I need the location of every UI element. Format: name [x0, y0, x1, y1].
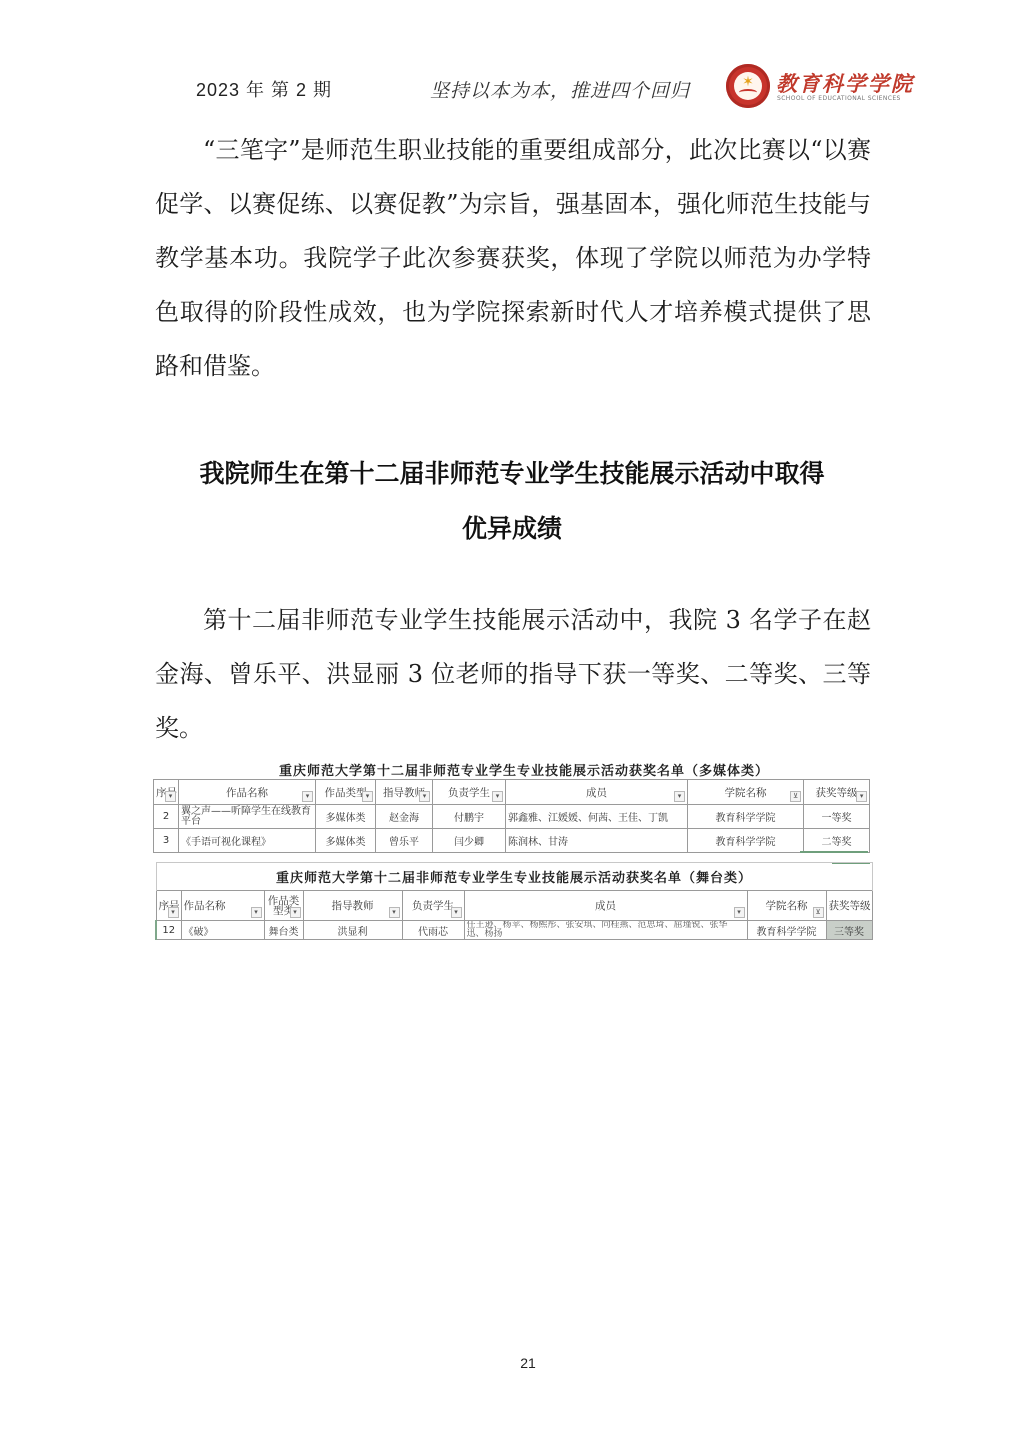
table-row: 12 《破》 舞台类 洪显利 代雨芯 任王逊、杨苹、杨熙彤、张安琪、向桂燕、范思… — [156, 921, 872, 940]
cell-advisor: 赵金海 — [376, 805, 433, 829]
cell-advisor: 洪显利 — [303, 921, 402, 940]
cell-work: 《破》 — [181, 921, 264, 940]
table-caption: 重庆师范大学第十二届非师范专业学生专业技能展示活动获奖名单（舞台类） — [156, 863, 872, 891]
article-title-line2: 优异成绩 — [150, 501, 874, 556]
filter-dropdown-icon[interactable]: ▾ — [856, 791, 867, 802]
filter-dropdown-icon[interactable]: ▾ — [734, 907, 745, 918]
article-title-line1: 我院师生在第十二届非师范专业学生技能展示活动中取得 — [150, 446, 874, 501]
awards-table-stage: 重庆师范大学第十二届非师范专业学生专业技能展示活动获奖名单（舞台类） 序号▾ 作… — [155, 862, 873, 940]
cell-no: 2 — [154, 805, 179, 829]
logo-name-cn: 教育科学学院 — [776, 68, 914, 98]
cell-work: 翼之声——听障学生在线教育平台 — [179, 805, 316, 829]
filter-dropdown-icon[interactable]: ▾ — [419, 791, 430, 802]
col-header-leader[interactable]: 负责学生▾ — [433, 780, 506, 805]
table-row: 3 《手语可视化课程》 多媒体类 曾乐平 闫少卿 陈润林、甘涛 教育科学学院 二… — [154, 829, 870, 853]
col-header-advisor[interactable]: 指导教师▾ — [303, 891, 402, 921]
cell-leader: 付鹏宇 — [433, 805, 506, 829]
table-row: 2 翼之声——听障学生在线教育平台 多媒体类 赵金海 付鹏宇 郭鑫雅、江媛媛、何… — [154, 805, 870, 829]
article-title: 我院师生在第十二届非师范专业学生技能展示活动中取得 优异成绩 — [150, 446, 874, 556]
cell-members: 陈润林、甘涛 — [506, 829, 688, 853]
col-header-award[interactable]: 获奖等级▾ — [804, 780, 870, 805]
col-header-members[interactable]: 成员▾ — [506, 780, 688, 805]
col-header-advisor[interactable]: 指导教师▾ — [376, 780, 433, 805]
cell-type: 多媒体类 — [316, 805, 376, 829]
cell-type: 多媒体类 — [316, 829, 376, 853]
filter-dropdown-icon[interactable]: ▾ — [251, 907, 262, 918]
selection-border — [800, 851, 868, 853]
table-caption: 重庆师范大学第十二届非师范专业学生专业技能展示活动获奖名单（多媒体类） — [179, 760, 870, 780]
cell-advisor: 曾乐平 — [376, 829, 433, 853]
filter-dropdown-icon[interactable]: ▾ — [165, 791, 176, 802]
filter-dropdown-icon[interactable]: ▾ — [674, 791, 685, 802]
col-header-no[interactable]: 序号▾ — [154, 780, 179, 805]
paragraph-awards: 第十二届非师范专业学生技能展示活动中，我院 3 名学子在赵金海、曾乐平、洪显丽 … — [155, 593, 871, 755]
cell-members: 郭鑫雅、江媛媛、何茜、王佳、丁凯 — [506, 805, 688, 829]
logo-name-en: SCHOOL OF EDUCATIONAL SCIENCES — [777, 95, 901, 102]
table-header-row: 序号▾ 作品名称▾ 作品类型▾ 指导教师▾ 负责学生▾ 成员▾ 学院名称⊻ 获奖… — [154, 780, 870, 805]
col-header-award[interactable]: 获奖等级 — [826, 891, 872, 921]
slogan: 坚持以本为本，推进四个回归 — [430, 76, 690, 103]
issue-label: 2023 年 第 2 期 — [196, 76, 332, 102]
cell-college: 教育科学学院 — [688, 829, 804, 853]
college-seal-icon: ✶ — [726, 64, 770, 108]
filter-active-icon[interactable]: ⊻ — [813, 907, 824, 918]
filter-dropdown-icon[interactable]: ▾ — [451, 907, 462, 918]
col-header-leader[interactable]: 负责学生▾ — [402, 891, 464, 921]
filter-dropdown-icon[interactable]: ▾ — [168, 907, 179, 918]
cell-college: 教育科学学院 — [688, 805, 804, 829]
filter-active-icon[interactable]: ⊻ — [790, 791, 801, 802]
cell-work: 《手语可视化课程》 — [179, 829, 316, 853]
filter-dropdown-icon[interactable]: ▾ — [362, 791, 373, 802]
filter-dropdown-icon[interactable]: ▾ — [389, 907, 400, 918]
cell-award-selected[interactable]: 三等奖 — [826, 921, 872, 940]
cell-college: 教育科学学院 — [747, 921, 826, 940]
cell-leader: 闫少卿 — [433, 829, 506, 853]
table-header-row: 序号▾ 作品名称▾ 作品类型类▾ 指导教师▾ 负责学生▾ 成员▾ 学院名称⊻ 获… — [156, 891, 872, 921]
filter-dropdown-icon[interactable]: ▾ — [290, 907, 301, 918]
col-header-work[interactable]: 作品名称▾ — [179, 780, 316, 805]
col-header-college[interactable]: 学院名称⊻ — [747, 891, 826, 921]
col-header-type[interactable]: 作品类型类▾ — [264, 891, 303, 921]
col-header-no[interactable]: 序号▾ — [156, 891, 181, 921]
col-header-college[interactable]: 学院名称⊻ — [688, 780, 804, 805]
cell-award: 二等奖 — [804, 829, 870, 853]
cell-no: 3 — [154, 829, 179, 853]
page-number: 21 — [500, 1355, 556, 1371]
college-logo: ✶ 教育科学学院 SCHOOL OF EDUCATIONAL SCIENCES — [726, 64, 906, 112]
col-header-members[interactable]: 成员▾ — [464, 891, 747, 921]
cell-no: 12 — [156, 921, 181, 940]
col-header-work[interactable]: 作品名称▾ — [181, 891, 264, 921]
col-header-type[interactable]: 作品类型▾ — [316, 780, 376, 805]
cell-type: 舞台类 — [264, 921, 303, 940]
cell-members: 任王逊、杨苹、杨熙彤、张安琪、向桂燕、范思琦、屈瑾锐、张华迅、杨扬 — [464, 921, 747, 940]
paragraph-calligraphy: “三笔字”是师范生职业技能的重要组成部分，此次比赛以“以赛促学、以赛促练、以赛促… — [155, 123, 871, 393]
cell-leader: 代雨芯 — [402, 921, 464, 940]
cell-award: 一等奖 — [804, 805, 870, 829]
filter-dropdown-icon[interactable]: ▾ — [302, 791, 313, 802]
filter-dropdown-icon[interactable]: ▾ — [492, 791, 503, 802]
awards-table-multimedia: 重庆师范大学第十二届非师范专业学生专业技能展示活动获奖名单（多媒体类） 序号▾ … — [153, 760, 870, 853]
